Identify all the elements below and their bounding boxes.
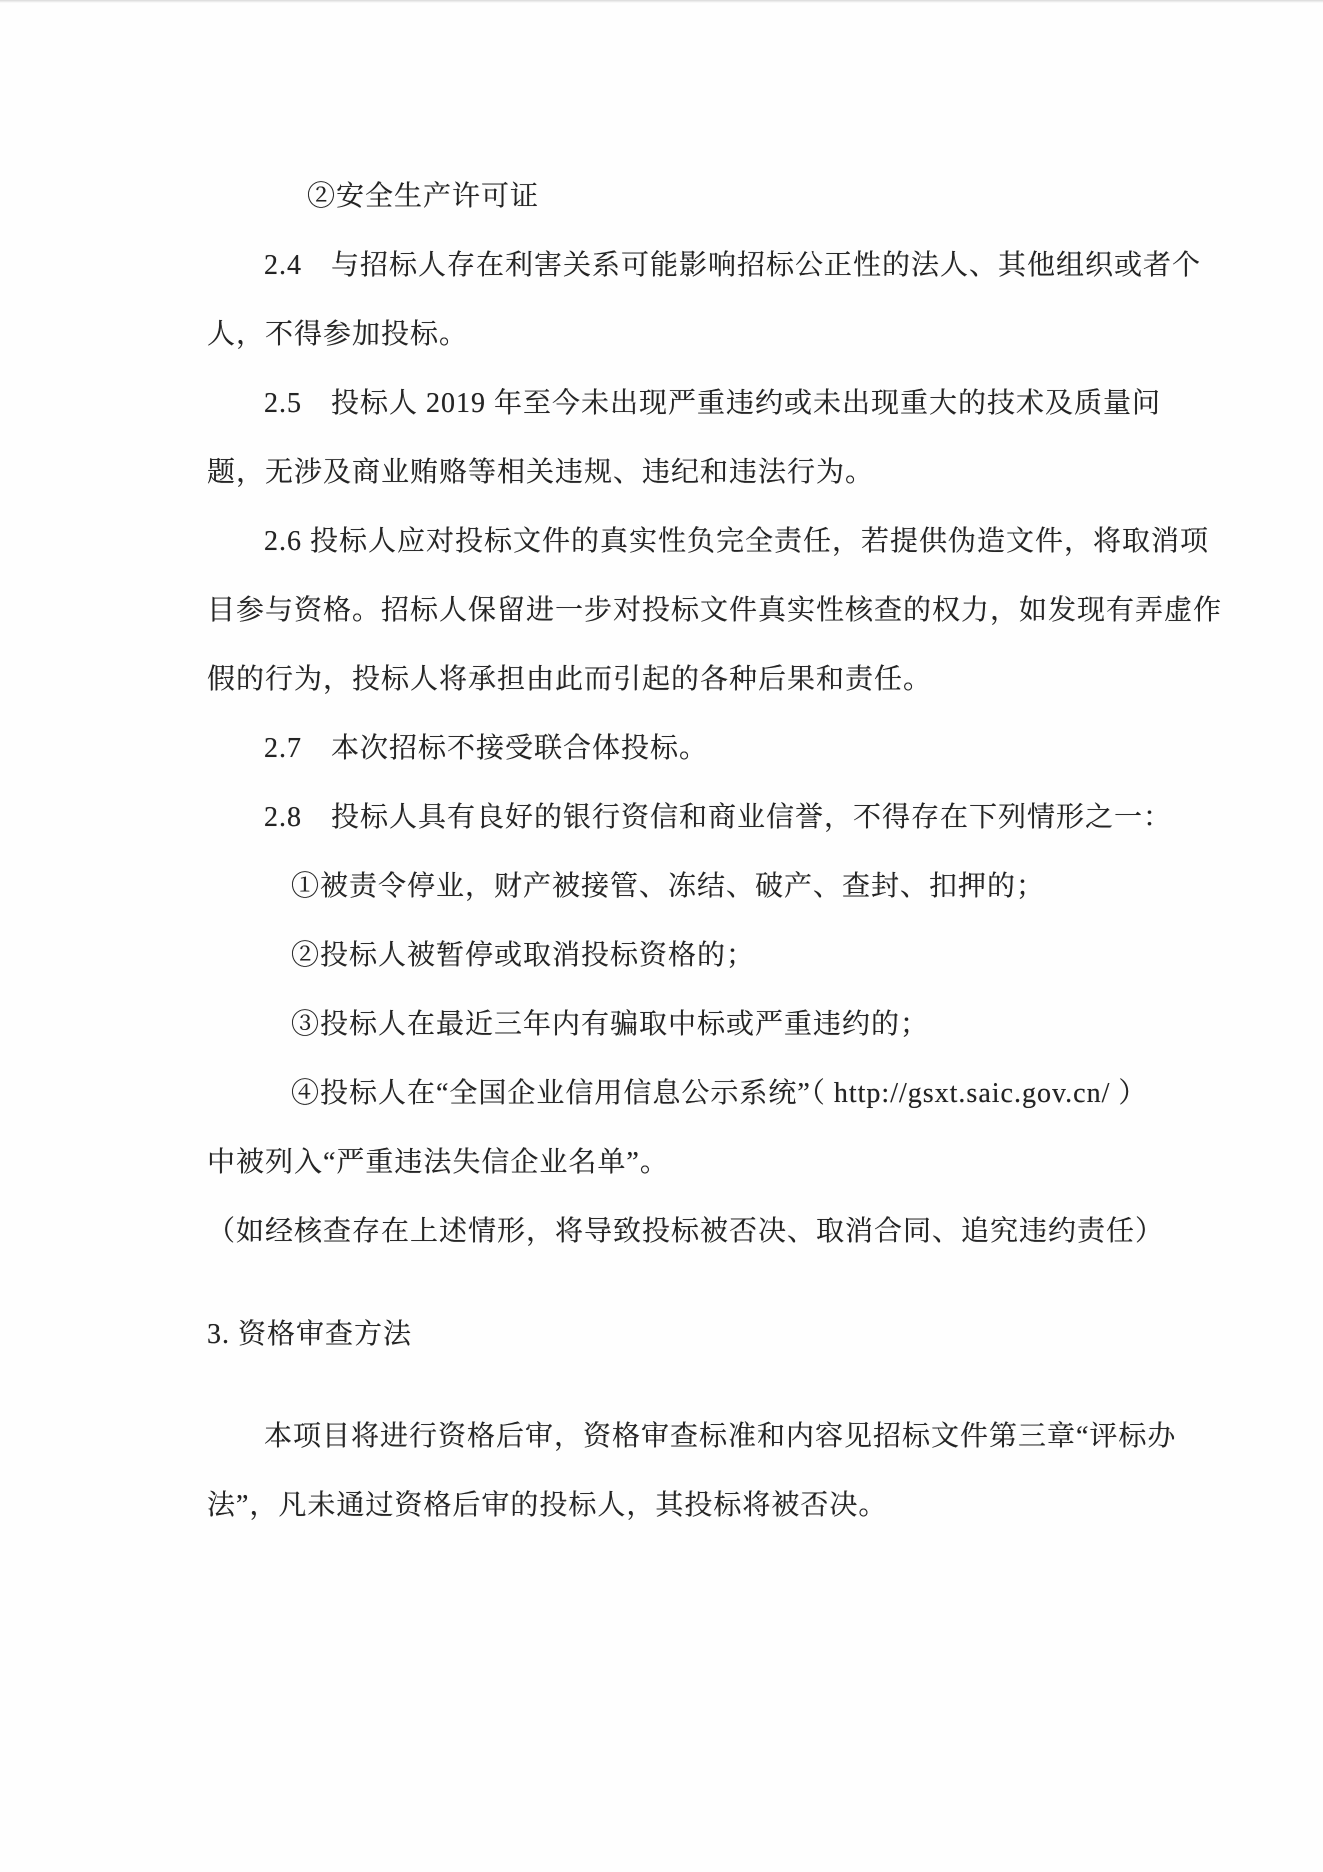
list-item-1: ①被责令停业，财产被接管、冻结、破产、查封、扣押的； bbox=[207, 852, 1167, 921]
list-item-4-line-1: ④投标人在“全国企业信用信息公示系统”（ http://gsxt.saic.go… bbox=[207, 1059, 1167, 1128]
scan-artifact-top bbox=[0, 0, 1323, 3]
post-review-paragraph-line-2: 法”，凡未通过资格后审的投标人，其投标将被否决。 bbox=[207, 1471, 1167, 1540]
clause-2-6-line-2: 目参与资格。招标人保留进一步对投标文件真实性核查的权力，如发现有弄虚作 bbox=[207, 576, 1167, 645]
clause-2-7: 2.7 本次招标不接受联合体投标。 bbox=[207, 714, 1167, 783]
clause-2-4-line-1: 2.4 与招标人存在利害关系可能影响招标公正性的法人、其他组织或者个 bbox=[207, 231, 1167, 300]
cert-item-safety-production-license: ②安全生产许可证 bbox=[207, 162, 1167, 231]
section-3-heading: 3. 资格审查方法 bbox=[207, 1300, 1167, 1369]
clause-2-8: 2.8 投标人具有良好的银行资信和商业信誉，不得存在下列情形之一： bbox=[207, 783, 1167, 852]
verification-consequence-note: （如经核查存在上述情形，将导致投标被否决、取消合同、追究违约责任） bbox=[207, 1197, 1167, 1266]
document-body: ②安全生产许可证 2.4 与招标人存在利害关系可能影响招标公正性的法人、其他组织… bbox=[207, 162, 1167, 1540]
clause-2-6-line-1: 2.6 投标人应对投标文件的真实性负完全责任，若提供伪造文件，将取消项 bbox=[207, 507, 1167, 576]
scanned-document-page: ②安全生产许可证 2.4 与招标人存在利害关系可能影响招标公正性的法人、其他组织… bbox=[0, 0, 1323, 1872]
clause-2-5-line-2: 题，无涉及商业贿赂等相关违规、违纪和违法行为。 bbox=[207, 438, 1167, 507]
list-item-4-line-2: 中被列入“严重违法失信企业名单”。 bbox=[207, 1128, 1167, 1197]
clause-2-6-line-3: 假的行为，投标人将承担由此而引起的各种后果和责任。 bbox=[207, 645, 1167, 714]
clause-2-4-line-2: 人，不得参加投标。 bbox=[207, 300, 1167, 369]
list-item-2: ②投标人被暂停或取消投标资格的； bbox=[207, 921, 1167, 990]
list-item-3: ③投标人在最近三年内有骗取中标或严重违约的； bbox=[207, 990, 1167, 1059]
post-review-paragraph-line-1: 本项目将进行资格后审，资格审查标准和内容见招标文件第三章“评标办 bbox=[207, 1402, 1167, 1471]
clause-2-5-line-1: 2.5 投标人 2019 年至今未出现严重违约或未出现重大的技术及质量问 bbox=[207, 369, 1167, 438]
